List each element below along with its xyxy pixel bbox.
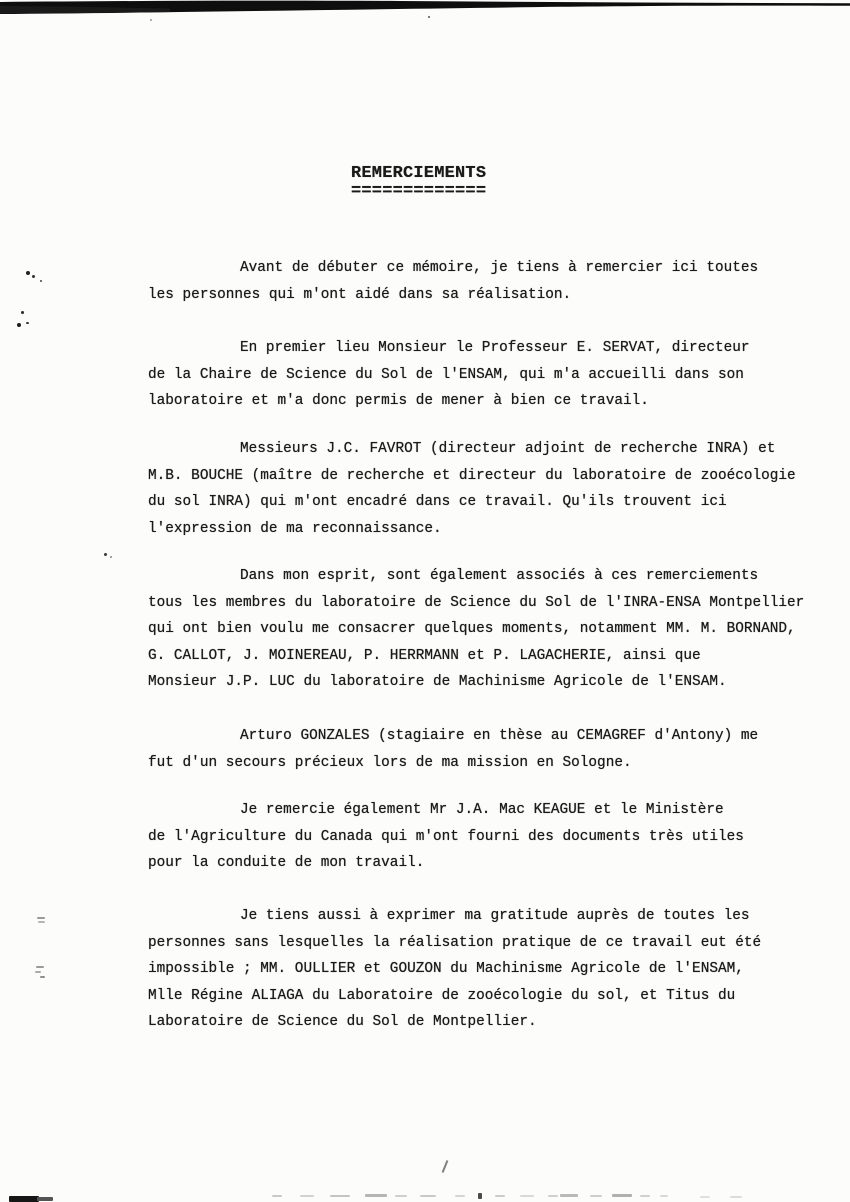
scan-artifact [37, 917, 45, 919]
text-line: impossible ; MM. OULLIER et GOUZON du Ma… [148, 956, 761, 983]
paragraph: Messieurs J.C. FAVROT (directeur adjoint… [148, 436, 796, 542]
text-line: du sol INRA) qui m'ont encadré dans ce t… [148, 489, 796, 516]
page-title-text: REMERCIEMENTS [351, 164, 486, 184]
page-title-underline: ============= [351, 182, 486, 202]
page-title: REMERCIEMENTS ============= [351, 164, 486, 202]
paragraph: Arturo GONZALES (stagiaire en thèse au C… [148, 723, 758, 776]
scanned-page: REMERCIEMENTS ============= Avant de déb… [0, 0, 850, 1202]
scan-artifact [428, 16, 430, 18]
scan-artifact [365, 1194, 387, 1197]
text-line: pour la conduite de mon travail. [148, 850, 744, 877]
scan-artifact [36, 966, 44, 968]
scan-artifact [560, 1194, 578, 1197]
scan-artifact [700, 1196, 710, 1198]
text-line: Arturo GONZALES (stagiaire en thèse au C… [148, 723, 758, 750]
scan-artifact [495, 1195, 505, 1197]
scan-artifact [35, 971, 41, 973]
text-line: personnes sans lesquelles la réalisation… [148, 930, 761, 957]
scan-artifact [330, 1195, 350, 1197]
scan-artifact [110, 556, 112, 558]
text-line: M.B. BOUCHE (maître de recherche et dire… [148, 463, 796, 490]
text-line: laboratoire et m'a donc permis de mener … [148, 388, 750, 415]
scan-artifact [37, 1197, 53, 1201]
paragraph: Dans mon esprit, sont également associés… [148, 563, 804, 696]
text-line: de la Chaire de Science du Sol de l'ENSA… [148, 362, 750, 389]
text-line: l'expression de ma reconnaissance. [148, 516, 796, 543]
scan-artifact [420, 1195, 436, 1197]
scan-artifact [17, 323, 21, 327]
text-line: Je tiens aussi à exprimer ma gratitude a… [148, 903, 761, 930]
scan-artifact [104, 553, 107, 556]
text-line: de l'Agriculture du Canada qui m'ont fou… [148, 824, 744, 851]
text-line: Monsieur J.P. LUC du laboratoire de Mach… [148, 669, 804, 696]
scan-artifact [478, 1193, 482, 1199]
text-line: les personnes qui m'ont aidé dans sa réa… [148, 282, 758, 309]
text-line: Dans mon esprit, sont également associés… [148, 563, 804, 590]
scan-artifact [21, 311, 24, 314]
text-line: Messieurs J.C. FAVROT (directeur adjoint… [148, 436, 796, 463]
scan-artifact [520, 1195, 534, 1197]
scan-artifact [40, 280, 42, 282]
text-line: tous les membres du laboratoire de Scien… [148, 590, 804, 617]
scan-artifact [272, 1195, 282, 1197]
scan-artifact [660, 1195, 668, 1197]
text-line: Avant de débuter ce mémoire, je tiens à … [148, 255, 758, 282]
scan-artifact [442, 1160, 449, 1173]
scan-artifact [300, 1195, 314, 1197]
text-line: En premier lieu Monsieur le Professeur E… [148, 335, 750, 362]
scan-artifact [612, 1194, 632, 1197]
paragraph: Avant de débuter ce mémoire, je tiens à … [148, 255, 758, 308]
scan-artifact [395, 1195, 407, 1197]
paragraph: Je tiens aussi à exprimer ma gratitude a… [148, 903, 761, 1036]
text-line: Je remercie également Mr J.A. Mac KEAGUE… [148, 797, 744, 824]
paragraph: Je remercie également Mr J.A. Mac KEAGUE… [148, 797, 744, 877]
scan-artifact [730, 1196, 742, 1198]
scan-artifact [38, 921, 45, 923]
scan-artifact [455, 1195, 465, 1197]
scan-artifact [150, 19, 152, 21]
scan-artifact [9, 1196, 39, 1202]
scan-artifact [640, 1195, 650, 1197]
scan-artifact [26, 271, 30, 275]
text-line: fut d'un secours précieux lors de ma mis… [148, 750, 758, 777]
text-line: Laboratoire de Science du Sol de Montpel… [148, 1009, 761, 1036]
scan-artifact [26, 322, 29, 324]
text-line: qui ont bien voulu me consacrer quelques… [148, 616, 804, 643]
scan-artifact-top-band [0, 0, 850, 16]
scan-artifact [590, 1195, 602, 1197]
text-line: G. CALLOT, J. MOINEREAU, P. HERRMANN et … [148, 643, 804, 670]
scan-artifact [40, 976, 45, 978]
text-line: Mlle Régine ALIAGA du Laboratoire de zoo… [148, 983, 761, 1010]
scan-artifact [548, 1195, 558, 1197]
paragraph: En premier lieu Monsieur le Professeur E… [148, 335, 750, 415]
scan-artifact [32, 275, 35, 278]
